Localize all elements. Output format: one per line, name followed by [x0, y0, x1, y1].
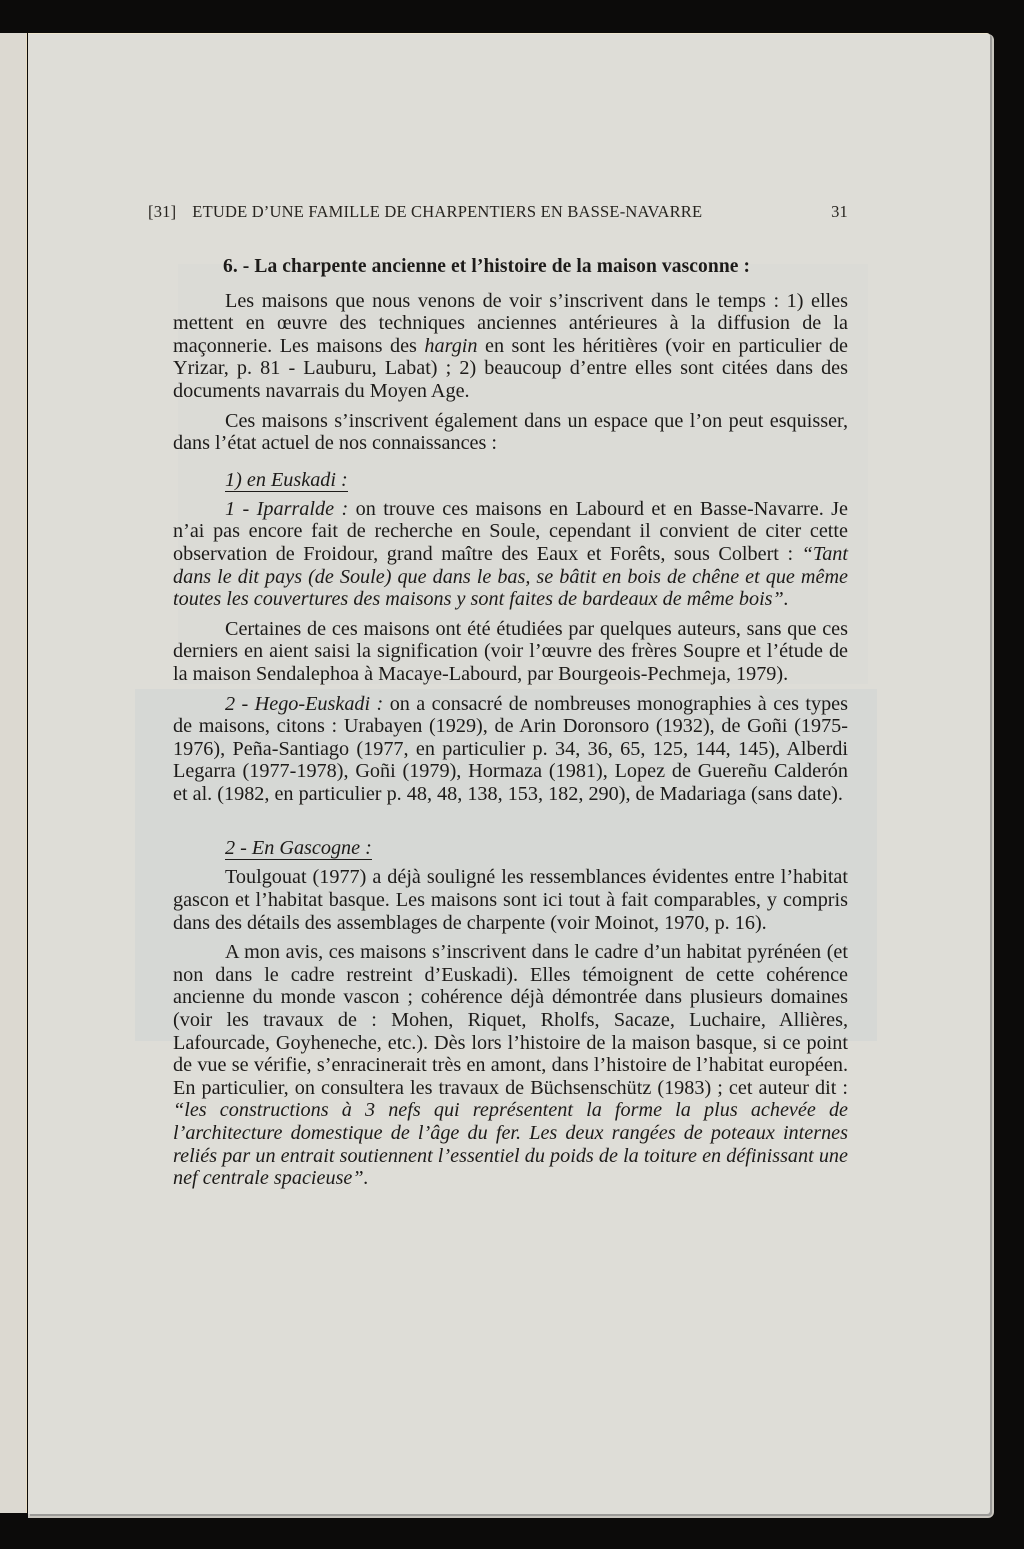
running-title: ETUDE D’UNE FAMILLE DE CHARPENTIERS EN B… — [192, 202, 831, 222]
paragraph-1-term: hargin — [424, 335, 477, 357]
section-heading: 6. - La charpente ancienne et l’histoire… — [223, 256, 848, 279]
subheading-gascogne: 2 - En Gascogne : — [225, 838, 372, 860]
paragraph-7: A mon avis, ces maisons s’inscrivent dan… — [173, 941, 848, 1190]
iparralde-label: 1 - Iparralde : — [225, 498, 348, 520]
paragraph-4: Certaines de ces maisons ont été étudiée… — [173, 618, 848, 686]
paragraph-1: Les maisons que nous venons de voir s’in… — [173, 290, 848, 403]
adjacent-page-edge — [0, 33, 27, 1513]
paragraph-6: Toulgouat (1977) a déjà souligné les res… — [173, 866, 848, 934]
buchsenschutz-quote: “les constructions à 3 nefs qui représen… — [173, 1099, 848, 1189]
hego-euskadi-label: 2 - Hego-Euskadi : — [225, 693, 383, 715]
running-head: [31] ETUDE D’UNE FAMILLE DE CHARPENTIERS… — [148, 202, 848, 222]
paragraph-2: Ces maisons s’inscrivent également dans … — [173, 410, 848, 455]
subheading-euskadi: 1) en Euskadi : — [225, 470, 348, 492]
body-text: 6. - La charpente ancienne et l’histoire… — [173, 256, 848, 1197]
book-page: [31] ETUDE D’UNE FAMILLE DE CHARPENTIERS… — [28, 33, 990, 1514]
page-number: 31 — [831, 202, 848, 222]
bracket-page-number: [31] — [148, 202, 176, 222]
paragraph-7-text: A mon avis, ces maisons s’inscrivent dan… — [173, 941, 848, 1099]
paragraph-hego-euskadi: 2 - Hego-Euskadi : on a consacré de nomb… — [173, 693, 848, 806]
paragraph-iparralde: 1 - Iparralde : on trouve ces maisons en… — [173, 498, 848, 611]
